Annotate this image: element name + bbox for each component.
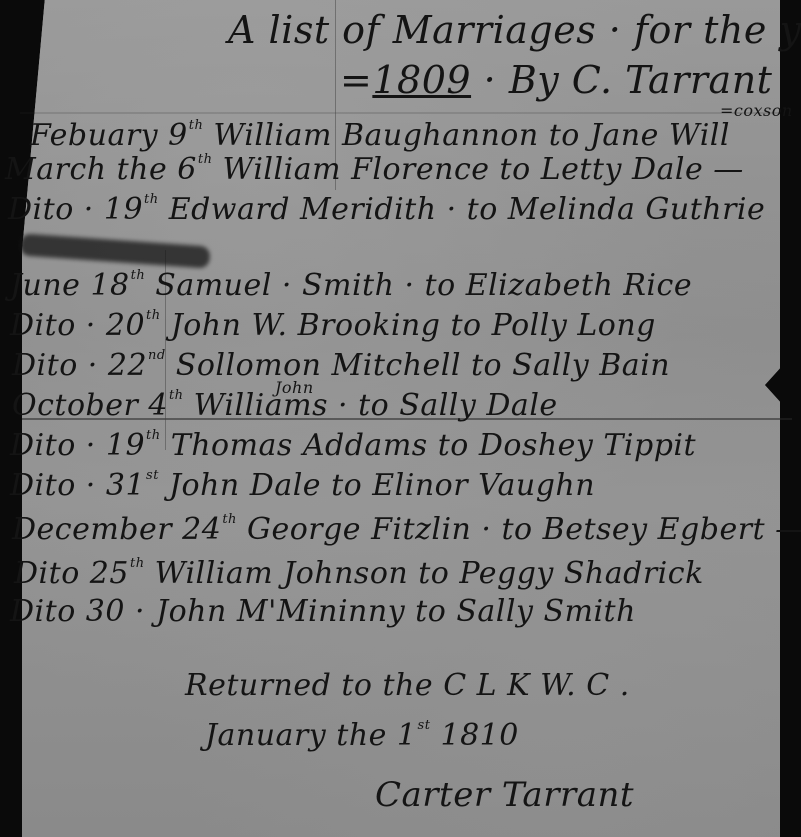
entry-names: Sollomon Mitchell to Sally Bain [176,348,670,383]
entry-ordinal: th [198,152,213,167]
marriage-entry: Dito 25th William Johnson to Peggy Shadr… [14,556,704,591]
entry-names: William Baughannon to Jane Will [213,118,730,153]
document-title-line2: =1809 · By C. Tarrant [340,58,772,102]
entry-date: Dito · 22 [12,348,147,383]
entry-date: Dito 25 [14,556,129,591]
title-prefix: = [340,58,372,102]
marriage-entry: Dito · 19th Thomas Addams to Doshey Tipp… [10,428,696,463]
entry-ordinal: th [131,268,146,283]
entry-names: John Dale to Elinor Vaughn [169,468,595,503]
document-title-line1: A list of Marriages · for the year [228,8,801,52]
return-date-year: 1810 [440,718,518,753]
entry-date: June 18 [10,268,130,303]
entry-ordinal: th [130,556,145,571]
entry-ordinal: st [146,468,159,483]
entry-date: Dito · 31 [10,468,145,503]
marriage-entry: June 18th Samuel · Smith · to Elizabeth … [10,268,692,303]
entry-names: John M'Mininny to Sally Smith [156,594,636,629]
entry-ordinal: nd [148,348,166,363]
annotation-coxson: =coxson [720,101,793,120]
entry-names: Williams · to Sally Dale [194,388,558,423]
marriage-entry: March the 6th William Florence to Letty … [5,152,744,187]
entry-names: Edward Meridith · to Melinda Guthrie [169,192,766,227]
marriage-entry: October 4th Williams · to Sally Dale [12,388,558,423]
entry-date: Dito · 19 [8,192,143,227]
entry-date: March the 6 [5,152,197,187]
entry-ordinal: th [169,388,184,403]
marriage-entry: Dito 30 · John M'Mininny to Sally Smith [10,594,636,629]
entry-names: Thomas Addams to Doshey Tippit [171,428,696,463]
entry-ordinal: th [222,512,237,527]
entry-date: October 4 [12,388,168,423]
entry-date: Dito · 19 [10,428,145,463]
entry-date: December 24 [12,512,221,547]
document-year: 1809 [372,58,471,102]
entry-date: Dito · 20 [10,308,145,343]
entry-ordinal: th [146,428,161,443]
marriage-entry: Dito · 19th Edward Meridith · to Melinda… [8,192,765,227]
return-date-ordinal: st [418,718,431,733]
entry-names: William Florence to Letty Dale — [223,152,744,187]
return-date-day: January the 1 [205,718,417,753]
entry-ordinal: th [146,308,161,323]
entry-ordinal: th [189,118,204,133]
marriage-entry: December 24th George Fitzlin · to Betsey… [12,512,801,547]
marriage-entry: Dito · 22nd Sollomon Mitchell to Sally B… [12,348,670,383]
entry-date: Febuary 9 [30,118,188,153]
returned-note: Returned to the C L K W. C . [185,668,630,703]
marriage-entry: Febuary 9th William Baughannon to Jane W… [30,118,730,153]
document-author: · By C. Tarrant [484,58,773,102]
entry-names: Samuel · Smith · to Elizabeth Rice [155,268,692,303]
entry-names: William Johnson to Peggy Shadrick [155,556,704,591]
paper-fold-line [20,112,780,114]
marriage-entry: Dito · 20th John W. Brooking to Polly Lo… [10,308,656,343]
signature: Carter Tarrant [375,775,634,815]
entry-ordinal: th [144,192,159,207]
marriage-entry: Dito · 31st John Dale to Elinor Vaughn [10,468,595,503]
return-date: January the 1st 1810 [205,718,519,753]
entry-names: George Fitzlin · to Betsey Egbert — [247,512,801,547]
entry-date: Dito 30 · [10,594,145,629]
entry-names: John W. Brooking to Polly Long [171,308,656,343]
